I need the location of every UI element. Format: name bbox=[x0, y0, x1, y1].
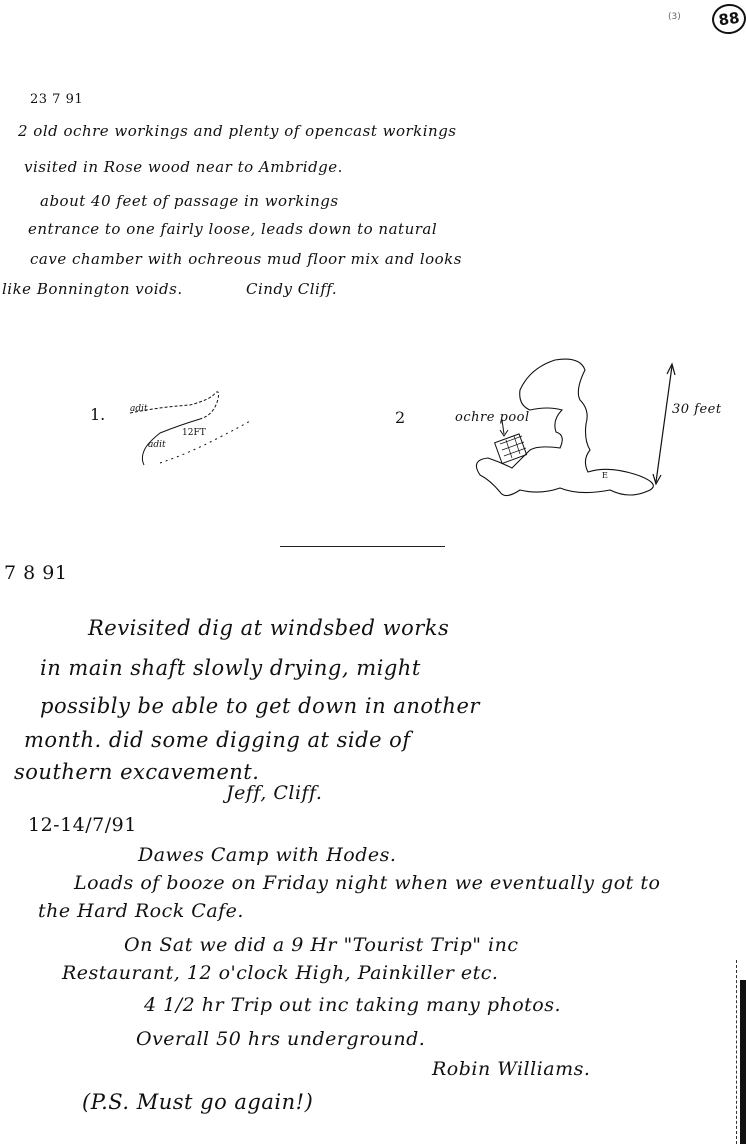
entry-line: 4 1/2 hr Trip out inc taking many photos… bbox=[144, 994, 561, 1016]
entry-line: Restaurant, 12 o'clock High, Painkiller … bbox=[62, 962, 498, 984]
entry-line: in main shaft slowly drying, might bbox=[40, 656, 421, 680]
entry-line: southern excavement. bbox=[14, 760, 259, 784]
entry-line: like Bonnington voids. bbox=[2, 280, 183, 298]
entry-line: Loads of booze on Friday night when we e… bbox=[74, 872, 660, 894]
page-number-badge: 88 bbox=[710, 2, 746, 36]
entry-date: 23 7 91 bbox=[30, 92, 83, 107]
entry-signature: Jeff, Cliff. bbox=[226, 782, 322, 804]
entry-postscript: (P.S. Must go again!) bbox=[82, 1090, 313, 1114]
entry-line: possibly be able to get down in another bbox=[40, 694, 480, 718]
scanned-logbook-page: (3) 88 23 7 91 2 old ochre workings and … bbox=[0, 0, 746, 1144]
entry-line: Overall 50 hrs underground. bbox=[136, 1028, 425, 1050]
svg-text:12FT: 12FT bbox=[182, 428, 206, 438]
entry-line: cave chamber with ochreous mud floor mix… bbox=[30, 250, 462, 268]
entry-line: the Hard Rock Cafe. bbox=[38, 900, 244, 922]
entry-line: month. did some digging at side of bbox=[24, 728, 411, 752]
entry-signature: Cindy Cliff. bbox=[246, 280, 337, 298]
sketch-label: 1. bbox=[90, 405, 105, 424]
entry-date: 12-14/7/91 bbox=[28, 814, 137, 836]
entry-line: about 40 feet of passage in workings bbox=[40, 192, 339, 210]
entry-line: Revisited dig at windsbed works bbox=[88, 616, 449, 640]
scan-edge-artifact bbox=[736, 960, 739, 1144]
svg-text:E: E bbox=[602, 471, 608, 480]
adit-sketch-icon: adit 12FT adit bbox=[120, 385, 320, 475]
sketch-label: 2 bbox=[395, 408, 405, 427]
scan-edge-shadow bbox=[740, 980, 746, 1144]
entry-line: entrance to one fairly loose, leads down… bbox=[28, 220, 437, 238]
entry-line: On Sat we did a 9 Hr "Tourist Trip" inc bbox=[124, 934, 518, 956]
faint-page-mark: (3) bbox=[668, 12, 681, 22]
entry-line: visited in Rose wood near to Ambridge. bbox=[24, 158, 343, 176]
svg-text:adit: adit bbox=[130, 404, 148, 414]
entry-line: 2 old ochre workings and plenty of openc… bbox=[18, 122, 457, 140]
svg-text:adit: adit bbox=[148, 440, 166, 450]
cave-survey-sketch-icon: E bbox=[460, 350, 746, 510]
entry-date: 7 8 91 bbox=[4, 562, 67, 584]
entry-line: Dawes Camp with Hodes. bbox=[138, 844, 396, 866]
entry-signature: Robin Williams. bbox=[432, 1058, 590, 1080]
entry-divider bbox=[280, 546, 445, 547]
